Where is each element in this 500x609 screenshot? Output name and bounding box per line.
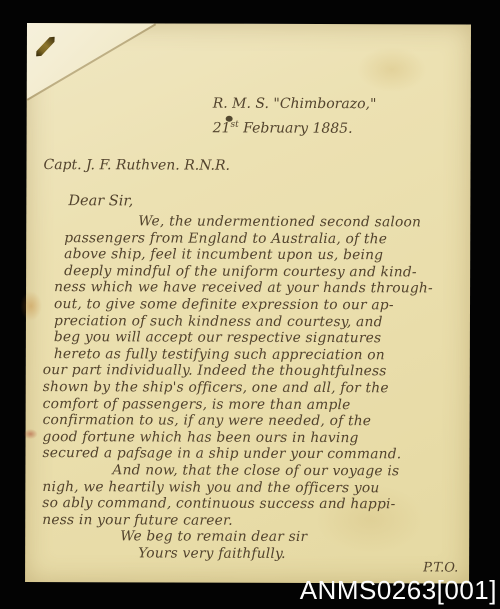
closing-line: We beg to remain dear sir <box>120 529 432 547</box>
paper-stain <box>24 429 38 439</box>
letter-body-line: confirmation to us, if any were needed, … <box>43 412 433 430</box>
letter-body: We, the undermentioned second saloon pas… <box>42 213 433 563</box>
letter-body-line: ness in your future career. <box>42 512 432 530</box>
date-day: 21 <box>213 120 231 136</box>
paper-stain <box>357 46 427 92</box>
pto-note: P.T.O. <box>423 560 458 575</box>
closing-line: Yours very faithfully. <box>138 545 432 563</box>
letter-body-line: out, to give some definite expression to… <box>54 296 433 314</box>
letter-body-line: deeply mindful of the uniform courtesy a… <box>64 263 433 281</box>
letter-body-line: preciation of such kindness and courtesy… <box>54 313 433 331</box>
ship-name-line: R. M. S. "Chimborazo," <box>213 94 377 116</box>
letter-body-line: nigh, we heartily wish you and the offic… <box>42 479 432 497</box>
photo-frame: R. M. S. "Chimborazo," 21st February 188… <box>0 0 500 609</box>
letter-body-line: ness which we have received at your hand… <box>54 279 433 297</box>
letter-body-line: secured a pafsage in a ship under your c… <box>42 445 432 463</box>
letter-paper: R. M. S. "Chimborazo," 21st February 188… <box>25 23 471 584</box>
paper-stain <box>20 291 42 321</box>
letter-body-line: We, the undermentioned second saloon <box>138 213 433 231</box>
letter-body-line: above ship, feel it incumbent upon us, b… <box>64 246 433 264</box>
letter-body-line: our part individually. Indeed the though… <box>43 362 433 380</box>
letter-date: 21st February 1885. <box>213 115 377 140</box>
letter-body-line: And now, that the close of our voyage is <box>112 462 432 480</box>
ink-blot <box>226 116 233 122</box>
letter-body-line: good fortune which has been ours in havi… <box>43 429 433 447</box>
letter-body-line: comfort of passengers, is more than ampl… <box>43 396 433 414</box>
date-ordinal: st <box>230 120 238 130</box>
letter-body-line: hereto as fully testifying such apprecia… <box>54 346 433 364</box>
letter-body-line: passengers from England to Australia, of… <box>64 230 433 248</box>
letter-body-line: shown by the ship's officers, one and al… <box>43 379 433 397</box>
date-rest: February 1885. <box>239 120 353 136</box>
salutation-line: Dear Sir, <box>68 193 133 209</box>
letter-heading: R. M. S. "Chimborazo," 21st February 188… <box>213 94 377 140</box>
letter-body-line: beg you will accept our respective signa… <box>54 329 433 347</box>
letter-body-line: so ably command, continuous success and … <box>42 495 432 513</box>
addressee-line: Capt. J. F. Ruthven. R.N.R. <box>43 157 230 174</box>
catalog-label: ANMS0263[001] <box>300 575 497 606</box>
